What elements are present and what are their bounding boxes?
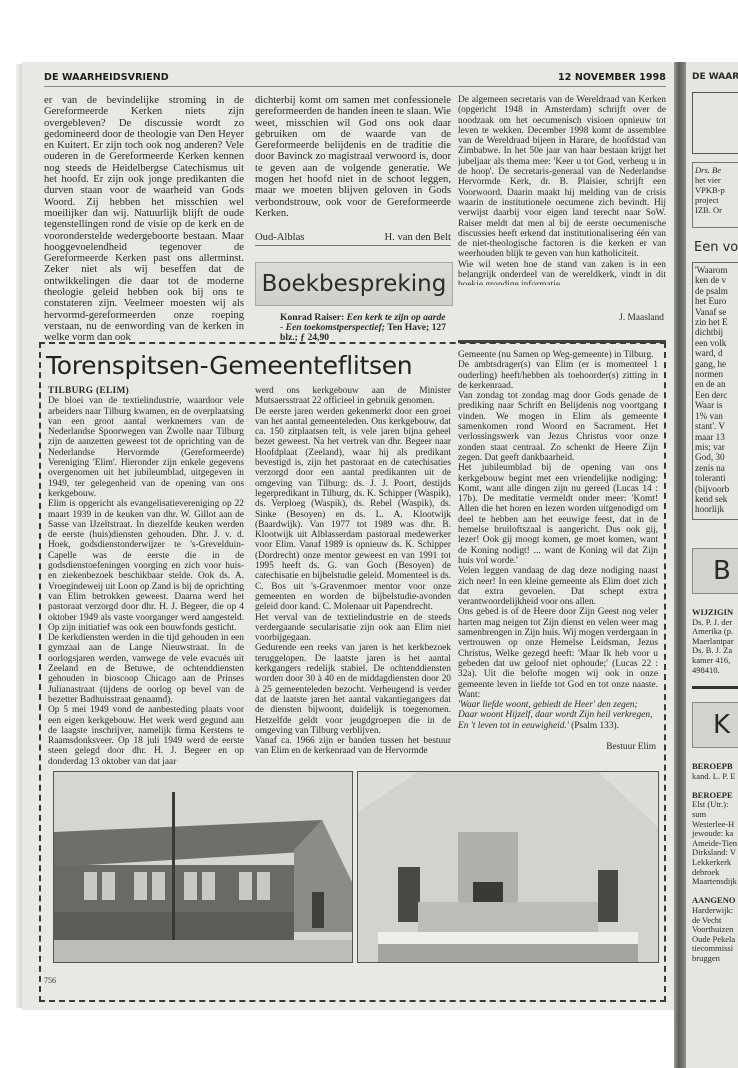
line: stant'. V: [695, 421, 725, 431]
intro-line: project: [695, 195, 719, 205]
line: jewoude: ka: [692, 828, 733, 838]
paragraph: Op 5 mei 1949 vond de aanbesteding plaat…: [48, 705, 244, 766]
review-text: Wie wil weten hoe de stand van zaken is …: [458, 260, 666, 285]
poem-line: 'Waar liefde woont, gebiedt de Heer' den…: [458, 700, 638, 710]
line: Voorthuizen: [692, 924, 733, 934]
next-page-fragment: DE WAAR Drs. Be het vier VPKB-p project …: [686, 62, 738, 1068]
next-page-box1: B: [692, 548, 738, 594]
line: dichtbij: [695, 327, 723, 337]
page-number: 756: [44, 976, 56, 985]
line: Oude Pekela: [692, 934, 735, 944]
torenspitsen-author: Bestuur Elim: [458, 742, 656, 752]
line: Amerika (p.: [692, 626, 733, 636]
article-author: H. van den Belt: [385, 232, 452, 243]
next-page-column: 'Waaromken de vde psalmhet EuroVanaf sez…: [692, 262, 738, 520]
line: Ameide-Tien: [692, 838, 737, 848]
church-exterior-photo: [53, 771, 353, 963]
line: Ds. B. J. Za: [692, 645, 732, 655]
article-text: dichterbij komt om samen met confessione…: [255, 95, 451, 219]
paragraph: De bloei van de textielindustrie, waardo…: [48, 396, 244, 499]
line: mis; var: [695, 442, 725, 452]
line: sum: [692, 809, 706, 819]
line: ken de v: [695, 275, 726, 285]
line: Vanaf se: [695, 307, 726, 317]
divider: [692, 686, 738, 689]
line: 1% van: [695, 411, 723, 421]
next-page-wijziging: WIJZIGIN Ds. P. J. derAmerika (p.Maerlan…: [692, 608, 734, 675]
line: Maerlantpar: [692, 636, 734, 646]
line: de psalm: [695, 286, 728, 296]
next-page-header: DE WAAR: [692, 72, 738, 82]
paragraph: Van zondag tot zondag mag door Gods gena…: [458, 391, 658, 463]
paragraph: Gemeente (nu Samen op Weg-gemeente) in T…: [458, 350, 658, 360]
line: Elst (Utr.):: [692, 799, 728, 809]
next-page-logo-box: [692, 92, 738, 154]
boekbespreking-banner: Boekbespreking: [255, 262, 453, 306]
subhead: AANGENO: [692, 895, 735, 905]
line: het Euro: [695, 296, 726, 306]
torenspitsen-col3: Gemeente (nu Samen op Weg-gemeente) in T…: [458, 350, 658, 738]
line: ward, d: [695, 348, 723, 358]
line: een volk: [695, 338, 726, 348]
line: zin het E: [695, 317, 728, 327]
paragraph: Ons gebed is of de Heere door Zijn Geest…: [458, 607, 658, 700]
paragraph: De ambtsdrager(s) van Elim (er is moment…: [458, 360, 658, 391]
church-interior-photo: [357, 771, 659, 963]
review-body: De algemeen secretaris van de Wereldraad…: [458, 95, 666, 285]
line: debroek: [692, 867, 719, 877]
paragraph: De eerste jaren werden gekenmerkt door e…: [255, 407, 451, 613]
intro-line: het vier: [695, 175, 721, 185]
next-page-beroepen: BEROEPB kand. L. P. E BEROEPE Elst (Utr.…: [692, 762, 737, 963]
line: en de an: [695, 379, 726, 389]
section-title: Torenspitsen-Gemeenteflitsen: [46, 351, 412, 380]
subhead: BEROEPB: [692, 761, 733, 771]
subhead: BEROEPE: [692, 790, 733, 800]
line: God, 30: [695, 452, 725, 462]
line: Waar is: [695, 400, 723, 410]
poem-line: En 't leven tot in eeuwigheid.': [458, 721, 569, 731]
article-signature: Oud-Alblas H. van den Belt: [255, 232, 451, 246]
intro-line: Drs. Be: [695, 165, 721, 175]
line: Westerlee-H: [692, 819, 734, 829]
publication-name: DE WAARHEIDSVRIEND: [44, 72, 169, 83]
page-header: DE WAARHEIDSVRIEND 12 NOVEMBER 1998: [44, 70, 666, 87]
line: kend sek: [695, 494, 727, 504]
line: 498410.: [692, 665, 720, 675]
poem-line: Daar woont Hijzelf, daar wordt Zijn heil…: [458, 710, 652, 720]
intro-line: VPKB-p: [695, 185, 725, 195]
issue-date: 12 NOVEMBER 1998: [558, 72, 666, 83]
next-page-heading: Een vo: [694, 240, 738, 255]
article-top-col1: er van de bevindelijke stroming in de Ge…: [44, 95, 244, 347]
line: Ds. P. J. der: [692, 617, 732, 627]
review-text: De algemeen secretaris van de Wereldraad…: [458, 95, 666, 260]
next-page-box2: K: [692, 702, 738, 748]
torenspitsen-col1: TILBURG (ELIM) De bloei van de textielin…: [48, 386, 244, 766]
line: hoorlijk: [695, 504, 724, 514]
intro-line: IZB. Or: [695, 205, 722, 215]
line: maar 13: [695, 432, 725, 442]
paragraph: Gedurende een reeks van jaren is het ker…: [255, 643, 451, 736]
line: (bijvoorb: [695, 484, 729, 494]
line: normen: [695, 369, 723, 379]
paragraph: werd ons kerkgebouw aan de Minister Muts…: [255, 386, 451, 407]
line: de Vecht: [692, 915, 721, 925]
boekbespreking-title: Boekbespreking: [262, 271, 447, 297]
line: toleranti: [695, 473, 726, 483]
psalm-reference: (Psalm 133).: [571, 721, 619, 731]
line: tiecommissi: [692, 943, 733, 953]
line: 'Waarom: [695, 265, 728, 275]
line: Harderwijk:: [692, 905, 733, 915]
line: Maartensdijk: [692, 876, 737, 886]
line: Een derc: [695, 390, 727, 400]
page-gutter: [674, 62, 686, 1068]
subhead: WIJZIGIN: [692, 607, 733, 617]
place-heading: TILBURG (ELIM): [48, 386, 244, 396]
line: kamer 416,: [692, 655, 730, 665]
line: gang, he: [695, 359, 726, 369]
paragraph: Vanaf ca. 1966 zijn er banden tussen het…: [255, 736, 451, 757]
next-page-intro-box: Drs. Be het vier VPKB-p project IZB. Or: [692, 162, 738, 228]
article-text: er van de bevindelijke stroming in de Ge…: [44, 95, 244, 344]
paragraph: Elim is opgericht als evangelisatieveren…: [48, 499, 244, 633]
article-place: Oud-Alblas: [255, 232, 304, 243]
paragraph: Velen leggen vandaag de dag deze nodigin…: [458, 566, 658, 607]
book-reference: Konrad Raiser: Een kerk te zijn op aarde…: [280, 313, 450, 344]
line: bruggen: [692, 953, 720, 963]
paragraph: Het verval van de textielindustrie en de…: [255, 613, 451, 644]
paragraph: De kerkdiensten werden in die tijd gehou…: [48, 633, 244, 705]
line: zenis na: [695, 463, 725, 473]
line: kand. L. P. E: [692, 771, 735, 781]
torenspitsen-col2: werd ons kerkgebouw aan de Minister Muts…: [255, 386, 451, 766]
line: Dirksland: V: [692, 847, 736, 857]
review-author: J. Maasland: [458, 313, 664, 323]
article-top-col2: dichterbij komt om samen met confessione…: [255, 95, 451, 220]
paragraph: Het jubileumblad bij de opening van ons …: [458, 463, 658, 566]
line: Lekkerkerk: [692, 857, 731, 867]
